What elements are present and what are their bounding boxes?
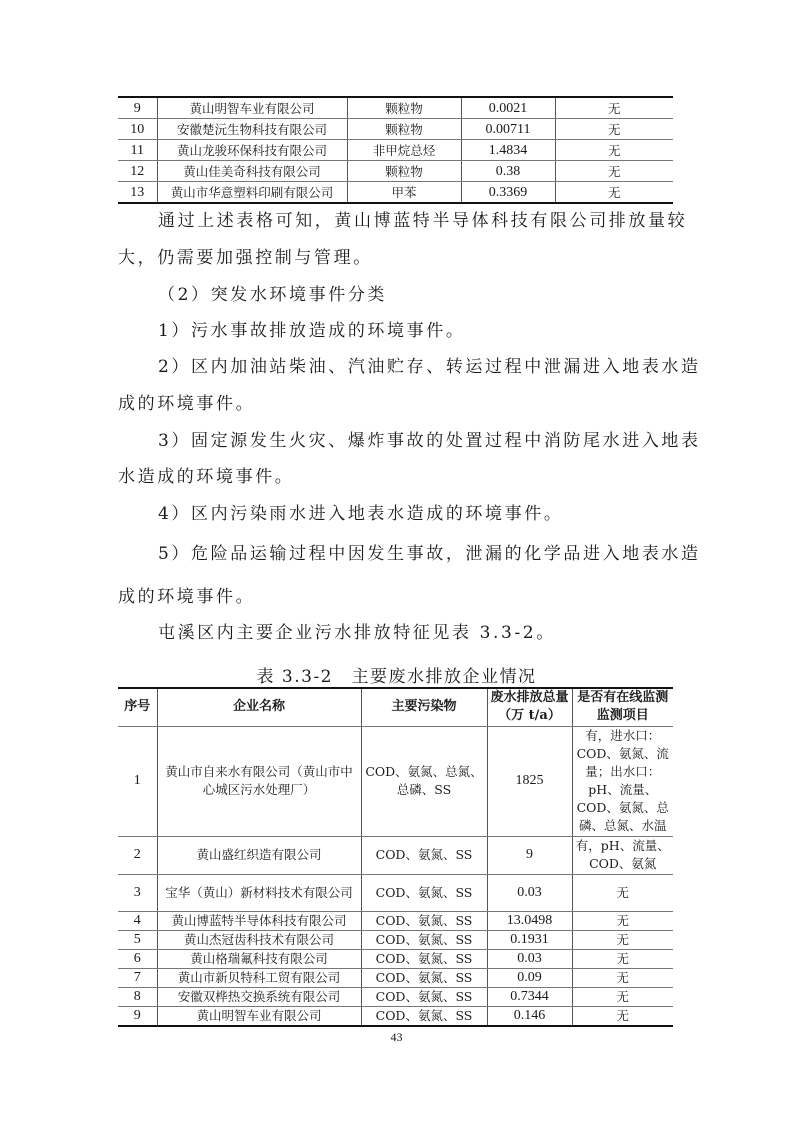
emission-table-continued: 9 黄山明智车业有限公司 颗粒物 0.0021 无 10 安徽楚沅生物科技有限公… xyxy=(118,96,673,204)
wastewater-amount: 0.03 xyxy=(487,949,572,968)
table-row: 2 黄山盛红织造有限公司 COD、氨氮、SS 9 有，pH、流量、COD、氨氮 xyxy=(118,836,673,874)
row-number: 1 xyxy=(118,726,157,836)
pollutant: COD、氨氮、SS xyxy=(361,836,487,874)
list-item-5-line1: 5）危险品运输过程中因发生事故，泄漏的化学品进入地表水造 xyxy=(158,543,718,565)
wastewater-amount: 9 xyxy=(487,836,572,874)
online-monitoring: 无 xyxy=(555,119,673,140)
company-name: 黄山明智车业有限公司 xyxy=(157,1006,361,1026)
company-name: 黄山佳美奇科技有限公司 xyxy=(157,161,347,182)
online-monitoring: 无 xyxy=(572,874,673,911)
list-item-5-line2: 成的环境事件。 xyxy=(118,586,678,608)
table-row: 7 黄山市新贝特科工贸有限公司 COD、氨氮、SS 0.09 无 xyxy=(118,968,673,987)
emission-amount: 0.0021 xyxy=(461,97,555,119)
table-caption: 表 3.3-2 主要废水排放企业情况 xyxy=(0,662,793,687)
header-monitoring-line2: 监测项目 xyxy=(597,708,649,723)
row-number: 11 xyxy=(118,140,157,161)
header-amount-line2: （万 t/a） xyxy=(498,708,561,723)
wastewater-amount: 0.1931 xyxy=(487,930,572,949)
pollutant: 颗粒物 xyxy=(347,97,461,119)
pollutant: 颗粒物 xyxy=(347,119,461,140)
header-monitoring: 是否有在线监测监测项目 xyxy=(572,688,673,726)
header-amount-line1: 废水排放总量 xyxy=(490,690,568,705)
online-monitoring: 无 xyxy=(555,182,673,204)
pollutant: COD、氨氮、SS xyxy=(361,874,487,911)
online-monitoring: 无 xyxy=(572,930,673,949)
pollutant: COD、氨氮、SS xyxy=(361,987,487,1006)
table-reference: 屯溪区内主要企业污水排放特征见表 3.3-2。 xyxy=(158,622,718,644)
emission-amount: 0.00711 xyxy=(461,119,555,140)
wastewater-amount: 1825 xyxy=(487,726,572,836)
online-monitoring: 无 xyxy=(572,987,673,1006)
table-row: 10 安徽楚沅生物科技有限公司 颗粒物 0.00711 无 xyxy=(118,119,673,140)
company-name: 安徽双桦热交换系统有限公司 xyxy=(157,987,361,1006)
pollutant: COD、氨氮、总氮、总磷、SS xyxy=(361,726,487,836)
online-monitoring: 无 xyxy=(572,1006,673,1026)
row-number: 9 xyxy=(118,97,157,119)
pollutant: COD、氨氮、SS xyxy=(361,949,487,968)
header-company: 企业名称 xyxy=(157,688,361,726)
document-page: 9 黄山明智车业有限公司 颗粒物 0.0021 无 10 安徽楚沅生物科技有限公… xyxy=(0,0,793,1122)
online-monitoring: 有，进水口：COD、氨氮、流量；出水口：pH、流量、COD、氨氮、总磷、总氮、水… xyxy=(572,726,673,836)
wastewater-amount: 13.0498 xyxy=(487,911,572,930)
company-name: 黄山盛红织造有限公司 xyxy=(157,836,361,874)
wastewater-table: 序号 企业名称 主要污染物 废水排放总量（万 t/a） 是否有在线监测监测项目 … xyxy=(118,687,673,1027)
table-row: 11 黄山龙骏环保科技有限公司 非甲烷总烃 1.4834 无 xyxy=(118,140,673,161)
table-header-row: 序号 企业名称 主要污染物 废水排放总量（万 t/a） 是否有在线监测监测项目 xyxy=(118,688,673,726)
pollutant: COD、氨氮、SS xyxy=(361,930,487,949)
emission-amount: 1.4834 xyxy=(461,140,555,161)
online-monitoring: 有，pH、流量、COD、氨氮 xyxy=(572,836,673,874)
table-row: 13 黄山市华意塑料印刷有限公司 甲苯 0.3369 无 xyxy=(118,182,673,204)
list-item-3-line2: 水造成的环境事件。 xyxy=(118,466,678,488)
paragraph-conclusion-line1: 通过上述表格可知，黄山博蓝特半导体科技有限公司排放量较 xyxy=(158,210,718,232)
list-item-4: 4）区内污染雨水进入地表水造成的环境事件。 xyxy=(158,503,718,525)
online-monitoring: 无 xyxy=(572,968,673,987)
table-row: 4 黄山博蓝特半导体科技有限公司 COD、氨氮、SS 13.0498 无 xyxy=(118,911,673,930)
list-item-2-line2: 成的环境事件。 xyxy=(118,393,678,415)
table-row: 5 黄山杰冠齿科技术有限公司 COD、氨氮、SS 0.1931 无 xyxy=(118,930,673,949)
row-number: 9 xyxy=(118,1006,157,1026)
company-name: 安徽楚沅生物科技有限公司 xyxy=(157,119,347,140)
wastewater-amount: 0.7344 xyxy=(487,987,572,1006)
table-row: 12 黄山佳美奇科技有限公司 颗粒物 0.38 无 xyxy=(118,161,673,182)
header-monitoring-line1: 是否有在线监测 xyxy=(577,690,668,705)
company-name: 黄山博蓝特半导体科技有限公司 xyxy=(157,911,361,930)
pollutant: 非甲烷总烃 xyxy=(347,140,461,161)
row-number: 2 xyxy=(118,836,157,874)
section-heading: （2）突发水环境事件分类 xyxy=(158,284,718,306)
row-number: 3 xyxy=(118,874,157,911)
pollutant: COD、氨氮、SS xyxy=(361,911,487,930)
company-name: 黄山格瑞氟科技有限公司 xyxy=(157,949,361,968)
pollutant: COD、氨氮、SS xyxy=(361,968,487,987)
table-row: 8 安徽双桦热交换系统有限公司 COD、氨氮、SS 0.7344 无 xyxy=(118,987,673,1006)
wastewater-amount: 0.09 xyxy=(487,968,572,987)
company-name: 宝华（黄山）新材料技术有限公司 xyxy=(157,874,361,911)
emission-amount: 0.3369 xyxy=(461,182,555,204)
online-monitoring: 无 xyxy=(555,161,673,182)
list-item-1: 1）污水事故排放造成的环境事件。 xyxy=(158,320,718,342)
company-name: 黄山市自来水有限公司（黄山市中心城区污水处理厂） xyxy=(157,726,361,836)
row-number: 7 xyxy=(118,968,157,987)
header-amount: 废水排放总量（万 t/a） xyxy=(487,688,572,726)
online-monitoring: 无 xyxy=(572,911,673,930)
list-item-3-line1: 3）固定源发生火灾、爆炸事故的处置过程中消防尾水进入地表 xyxy=(158,430,718,452)
wastewater-amount: 0.03 xyxy=(487,874,572,911)
row-number: 6 xyxy=(118,949,157,968)
company-name: 黄山杰冠齿科技术有限公司 xyxy=(157,930,361,949)
company-name: 黄山市华意塑料印刷有限公司 xyxy=(157,182,347,204)
row-number: 10 xyxy=(118,119,157,140)
row-number: 4 xyxy=(118,911,157,930)
table-row: 9 黄山明智车业有限公司 COD、氨氮、SS 0.146 无 xyxy=(118,1006,673,1026)
table-row: 6 黄山格瑞氟科技有限公司 COD、氨氮、SS 0.03 无 xyxy=(118,949,673,968)
row-number: 5 xyxy=(118,930,157,949)
company-name: 黄山市新贝特科工贸有限公司 xyxy=(157,968,361,987)
emission-amount: 0.38 xyxy=(461,161,555,182)
header-pollutant: 主要污染物 xyxy=(361,688,487,726)
pollutant: 颗粒物 xyxy=(347,161,461,182)
online-monitoring: 无 xyxy=(555,97,673,119)
list-item-2-line1: 2）区内加油站柴油、汽油贮存、转运过程中泄漏进入地表水造 xyxy=(158,356,718,378)
table-row: 3 宝华（黄山）新材料技术有限公司 COD、氨氮、SS 0.03 无 xyxy=(118,874,673,911)
wastewater-amount: 0.146 xyxy=(487,1006,572,1026)
online-monitoring: 无 xyxy=(555,140,673,161)
row-number: 8 xyxy=(118,987,157,1006)
row-number: 12 xyxy=(118,161,157,182)
row-number: 13 xyxy=(118,182,157,204)
table-row: 9 黄山明智车业有限公司 颗粒物 0.0021 无 xyxy=(118,97,673,119)
table-row: 1 黄山市自来水有限公司（黄山市中心城区污水处理厂） COD、氨氮、总氮、总磷、… xyxy=(118,726,673,836)
pollutant: 甲苯 xyxy=(347,182,461,204)
page-number: 43 xyxy=(0,1030,793,1045)
header-no: 序号 xyxy=(118,688,157,726)
paragraph-conclusion-line2: 大，仍需要加强控制与管理。 xyxy=(118,247,678,269)
pollutant: COD、氨氮、SS xyxy=(361,1006,487,1026)
company-name: 黄山明智车业有限公司 xyxy=(157,97,347,119)
online-monitoring: 无 xyxy=(572,949,673,968)
company-name: 黄山龙骏环保科技有限公司 xyxy=(157,140,347,161)
